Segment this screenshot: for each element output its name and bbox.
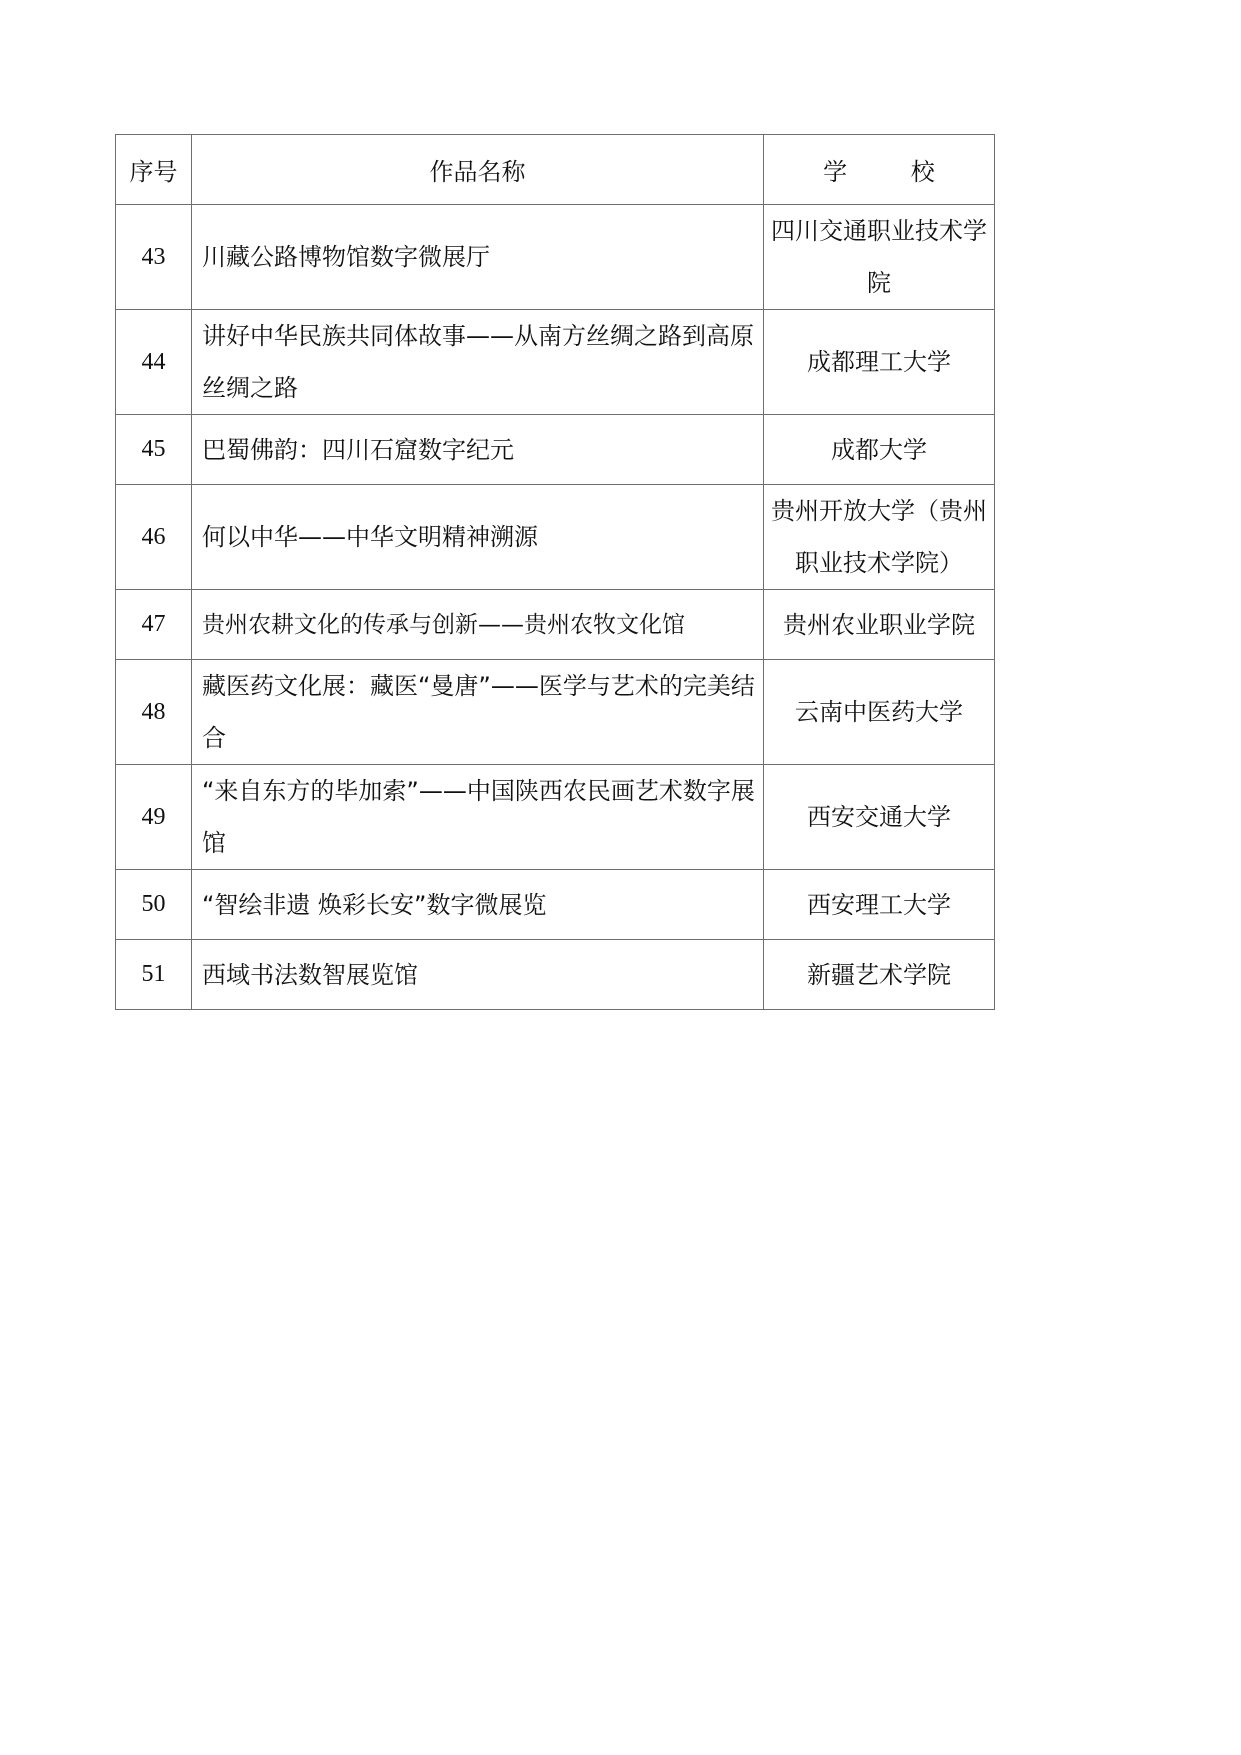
row-work-name: 何以中华——中华文明精神溯源 <box>192 485 764 590</box>
row-number: 51 <box>116 940 192 1010</box>
header-school: 学 校 <box>764 135 995 205</box>
row-number: 49 <box>116 765 192 870</box>
row-number: 44 <box>116 310 192 415</box>
table-row: 47 贵州农耕文化的传承与创新——贵州农牧文化馆 贵州农业职业学院 <box>116 590 995 660</box>
row-school: 成都大学 <box>764 415 995 485</box>
table-row: 49 “来自东方的毕加索”——中国陕西农民画艺术数字展馆 西安交通大学 <box>116 765 995 870</box>
table-row: 50 “智绘非遗 焕彩长安”数字微展览 西安理工大学 <box>116 870 995 940</box>
row-school: 新疆艺术学院 <box>764 940 995 1010</box>
row-school: 西安交通大学 <box>764 765 995 870</box>
row-school: 西安理工大学 <box>764 870 995 940</box>
row-work-name: 藏医药文化展：藏医“曼唐”——医学与艺术的完美结合 <box>192 660 764 765</box>
row-school: 贵州开放大学（贵州职业技术学院） <box>764 485 995 590</box>
row-school: 云南中医药大学 <box>764 660 995 765</box>
table-row: 48 藏医药文化展：藏医“曼唐”——医学与艺术的完美结合 云南中医药大学 <box>116 660 995 765</box>
row-work-name: 巴蜀佛韵：四川石窟数字纪元 <box>192 415 764 485</box>
table-row: 45 巴蜀佛韵：四川石窟数字纪元 成都大学 <box>116 415 995 485</box>
header-work-name: 作品名称 <box>192 135 764 205</box>
row-work-name: 贵州农耕文化的传承与创新——贵州农牧文化馆 <box>192 590 764 660</box>
row-work-name: “智绘非遗 焕彩长安”数字微展览 <box>192 870 764 940</box>
table-row: 44 讲好中华民族共同体故事——从南方丝绸之路到高原丝绸之路 成都理工大学 <box>116 310 995 415</box>
table-row: 51 西域书法数智展览馆 新疆艺术学院 <box>116 940 995 1010</box>
row-number: 48 <box>116 660 192 765</box>
row-number: 50 <box>116 870 192 940</box>
table-header-row: 序号 作品名称 学 校 <box>116 135 995 205</box>
row-work-name: “来自东方的毕加索”——中国陕西农民画艺术数字展馆 <box>192 765 764 870</box>
row-school: 成都理工大学 <box>764 310 995 415</box>
row-work-name: 川藏公路博物馆数字微展厅 <box>192 205 764 310</box>
header-number: 序号 <box>116 135 192 205</box>
row-number: 45 <box>116 415 192 485</box>
row-school: 贵州农业职业学院 <box>764 590 995 660</box>
row-work-name: 讲好中华民族共同体故事——从南方丝绸之路到高原丝绸之路 <box>192 310 764 415</box>
row-number: 46 <box>116 485 192 590</box>
table-row: 43 川藏公路博物馆数字微展厅 四川交通职业技术学院 <box>116 205 995 310</box>
row-number: 47 <box>116 590 192 660</box>
row-number: 43 <box>116 205 192 310</box>
row-work-name: 西域书法数智展览馆 <box>192 940 764 1010</box>
table-row: 46 何以中华——中华文明精神溯源 贵州开放大学（贵州职业技术学院） <box>116 485 995 590</box>
works-table: 序号 作品名称 学 校 43 川藏公路博物馆数字微展厅 四川交通职业技术学院 4… <box>115 134 995 1010</box>
row-school: 四川交通职业技术学院 <box>764 205 995 310</box>
